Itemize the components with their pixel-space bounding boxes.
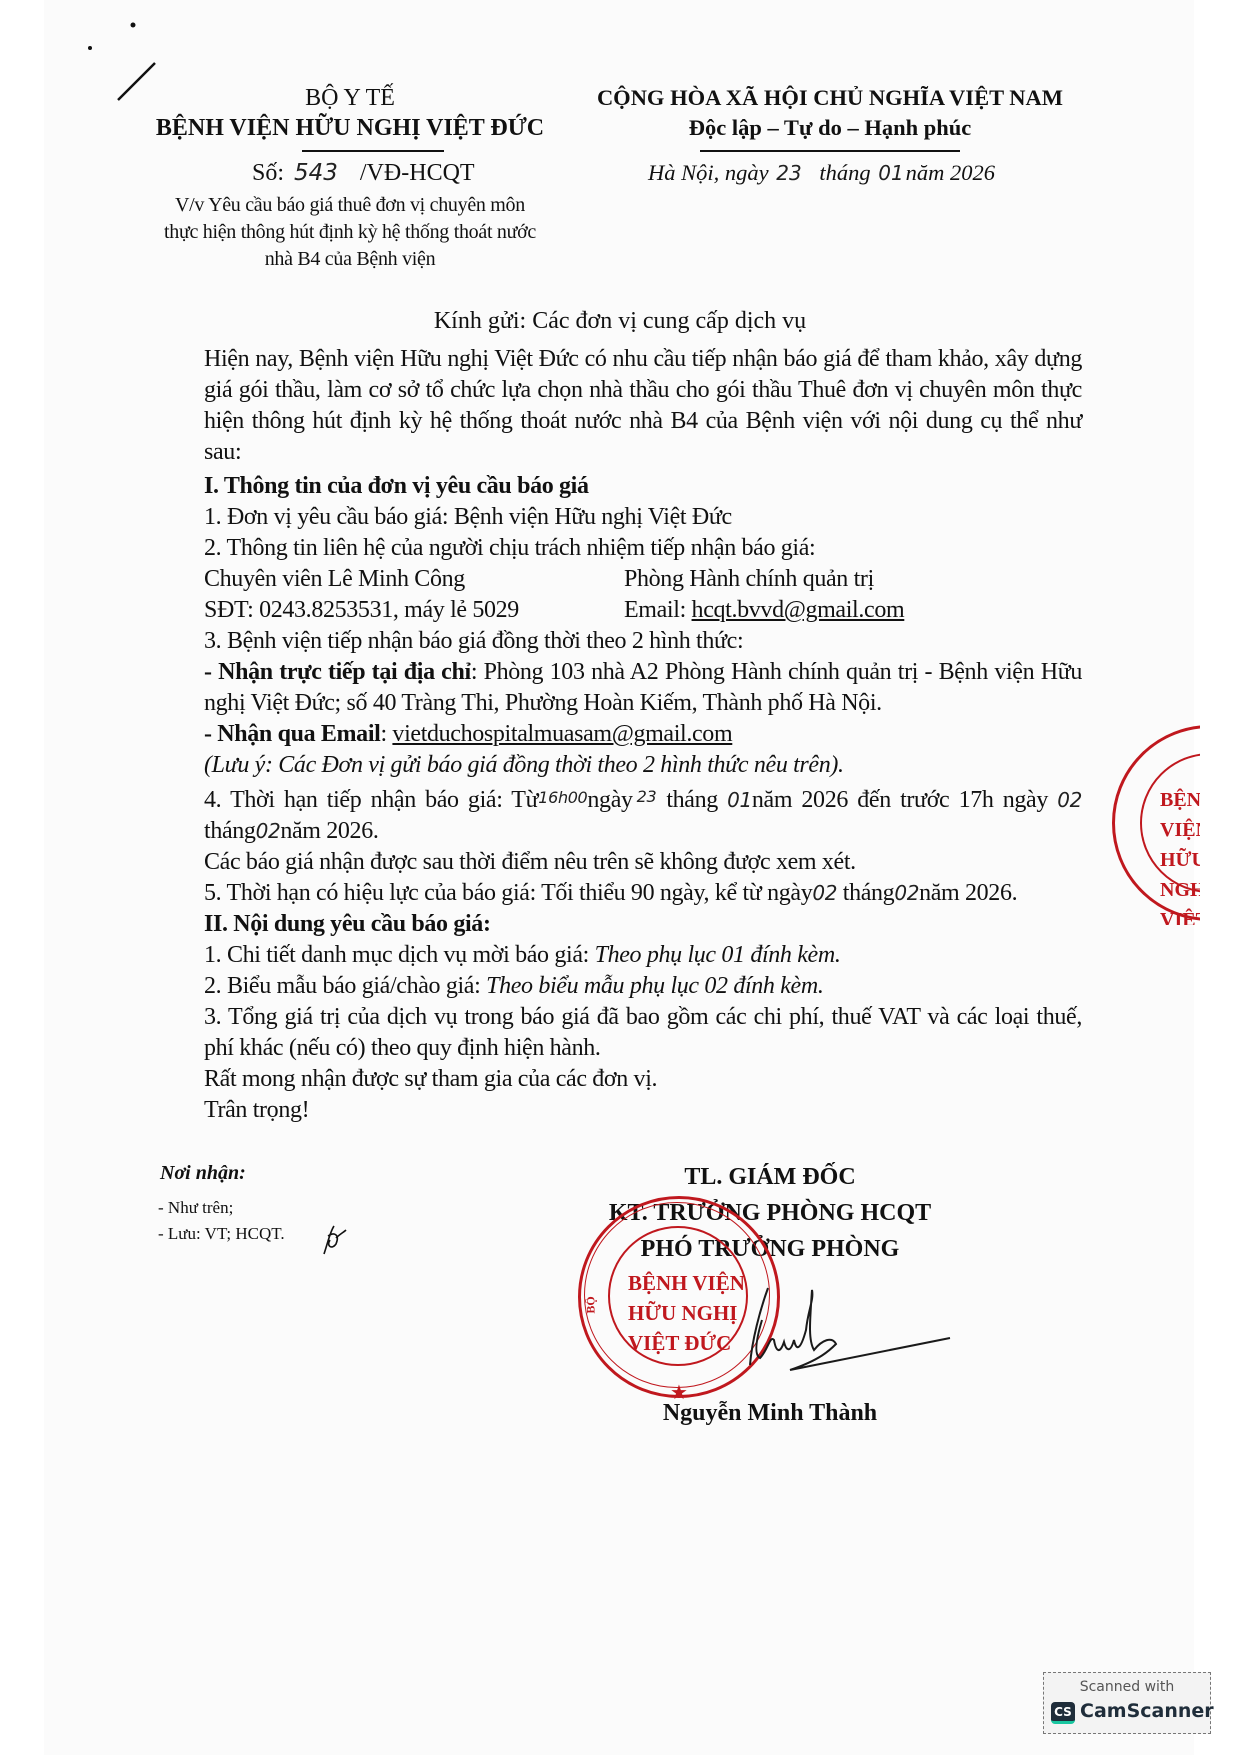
closing: Rất mong nhận được sự tham gia của các đ…	[152, 1064, 1082, 1095]
ministry-name: BỘ Y TẾ	[150, 85, 550, 112]
hospital-name: BỆNH VIỆN HỮU NGHỊ VIỆT ĐỨC	[140, 115, 560, 142]
country-name: CỘNG HÒA XÃ HỘI CHỦ NGHĨA VIỆT NAM	[585, 85, 1075, 111]
section-2-item-3: 3. Tổng giá trị của dịch vụ trong báo gi…	[152, 1002, 1082, 1064]
section-1-title: I. Thông tin của đơn vị yêu cầu báo giá	[152, 471, 1082, 502]
section-1-item-5: 5. Thời hạn có hiệu lực của báo giá: Tối…	[152, 878, 1082, 909]
section-2-title: II. Nội dung yêu cầu báo giá:	[152, 909, 1082, 940]
body-text: Hiện nay, Bệnh viện Hữu nghị Việt Đức có…	[152, 344, 1082, 1126]
late-notice: Các báo giá nhận được sau thời điểm nêu …	[152, 847, 1082, 878]
section-1-item-4: 4. Thời hạn tiếp nhận báo giá: Từ16h00ng…	[152, 781, 1082, 847]
subject: V/v Yêu cầu báo giá thuê đơn vị chuyên m…	[140, 192, 560, 273]
initials-mark	[318, 1222, 348, 1258]
intro-paragraph: Hiện nay, Bệnh viện Hữu nghị Việt Đức có…	[152, 344, 1082, 468]
submission-email-link[interactable]: vietduchospitalmuasam@gmail.com	[392, 721, 732, 747]
recipients-list: - Như trên; - Lưu: VT; HCQT.	[158, 1195, 285, 1247]
regards: Trân trọng!	[152, 1095, 1082, 1126]
note: (Lưu ý: Các Đơn vị gửi báo giá đồng thời…	[152, 750, 1082, 781]
contact-row-1: Chuyên viên Lê Minh CôngPhòng Hành chính…	[152, 564, 1082, 595]
section-1-item-1: 1. Đơn vị yêu cầu báo giá: Bệnh viện Hữu…	[152, 502, 1082, 533]
header-underline	[302, 150, 444, 152]
section-1-item-3: 3. Bệnh viện tiếp nhận báo giá đồng thời…	[152, 626, 1082, 657]
section-2-item-1: 1. Chi tiết danh mục dịch vụ mời báo giá…	[152, 940, 1082, 971]
salutation: Kính gửi: Các đơn vị cung cấp dịch vụ	[140, 308, 1100, 335]
motto: Độc lập – Tự do – Hạnh phúc	[585, 115, 1075, 141]
number-handwritten: 543	[294, 160, 338, 186]
motto-underline	[700, 150, 960, 152]
document-number: Số: 543 /VĐ-HCQT	[252, 160, 475, 187]
section-1-item-2: 2. Thông tin liên hệ của người chịu trác…	[152, 533, 1082, 564]
camscanner-watermark: Scanned with CS CamScanner	[1043, 1672, 1211, 1734]
edge-stamp: BỆNH VIỆN HỮU NGHỊ VIỆT ĐỨC	[1112, 725, 1200, 925]
contact-email-link[interactable]: hcqt.bvvd@gmail.com	[692, 597, 905, 623]
direct-submission: - Nhận trực tiếp tại địa chỉ: Phòng 103 …	[152, 657, 1082, 719]
recipient-item: - Như trên;	[158, 1195, 285, 1221]
contact-row-2: SĐT: 0243.8253531, máy lẻ 5029Email: hcq…	[152, 595, 1082, 626]
section-2-item-2: 2. Biểu mẫu báo giá/chào giá: Theo biểu …	[152, 971, 1082, 1002]
signature-line-1: TL. GIÁM ĐỐC	[560, 1164, 980, 1191]
stamp-side-text: BỘ	[576, 1296, 606, 1313]
handwritten-signature	[690, 1280, 960, 1380]
recipients-title: Nơi nhận:	[160, 1162, 246, 1185]
recipient-item: - Lưu: VT; HCQT.	[158, 1221, 285, 1247]
camscanner-logo-icon: CS	[1051, 1702, 1075, 1724]
document-date: Hà Nội, ngày 23 tháng 01năm 2026	[648, 160, 995, 186]
email-submission: - Nhận qua Email: vietduchospitalmuasam@…	[152, 719, 1082, 750]
signer-name: Nguyễn Minh Thành	[560, 1400, 980, 1427]
